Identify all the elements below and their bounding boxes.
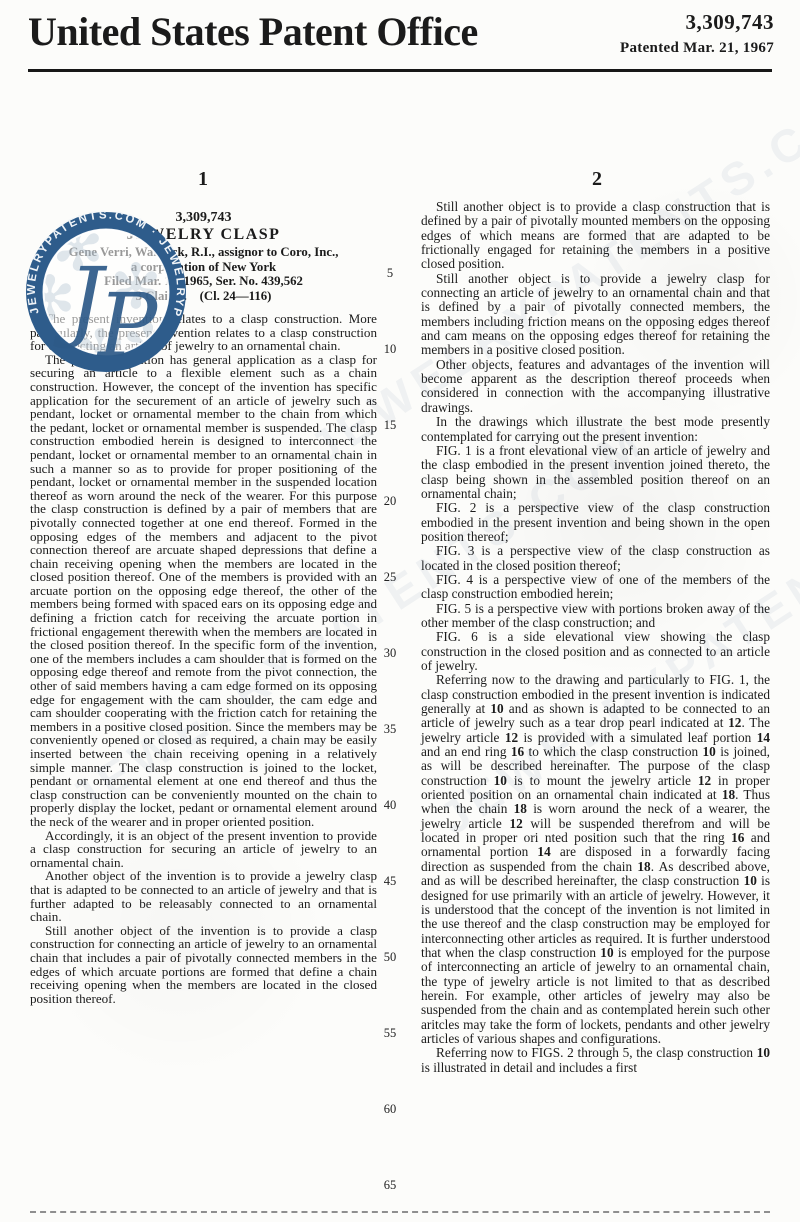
paragraph: FIG. 4 is a perspective view of one of t… [421,573,770,602]
column-2-number: 2 [592,168,602,191]
patent-page: JEWELRYPATENTS.COM JEWELRYPATENTS.COM JE… [0,0,800,1222]
monogram-letter-p: P [96,274,159,376]
margin-line-number: 5 [377,266,403,281]
header-divider [28,69,772,72]
margin-line-number: 35 [377,722,403,737]
column-1-number: 1 [198,168,208,191]
margin-line-number: 10 [377,342,403,357]
watermark-badge: ✻ ✻ ✻ ✻ ✻ JEWELRYPATENTS.COM · JEWELRYPA… [22,208,190,376]
paragraph: Accordingly, it is an object of the pres… [30,829,377,870]
paragraph: Another object of the invention is to pr… [30,869,377,923]
paragraph: Still another object of the invention is… [30,924,377,1006]
bottom-dashed-line [30,1211,770,1213]
margin-line-number: 20 [377,494,403,509]
margin-line-number: 40 [377,798,403,813]
margin-line-number: 55 [377,1026,403,1041]
margin-line-number: 65 [377,1178,403,1193]
page-title: United States Patent Office [28,8,478,55]
margin-line-number: 45 [377,874,403,889]
header-right-block: 3,309,743 Patented Mar. 21, 1967 [620,10,774,57]
paragraph: Referring now to FIGS. 2 through 5, the … [421,1046,770,1075]
patented-date: Patented Mar. 21, 1967 [620,40,774,57]
margin-line-number: 50 [377,950,403,965]
patent-number: 3,309,743 [620,10,774,35]
margin-line-number: 30 [377,646,403,661]
margin-line-number: 60 [377,1102,403,1117]
